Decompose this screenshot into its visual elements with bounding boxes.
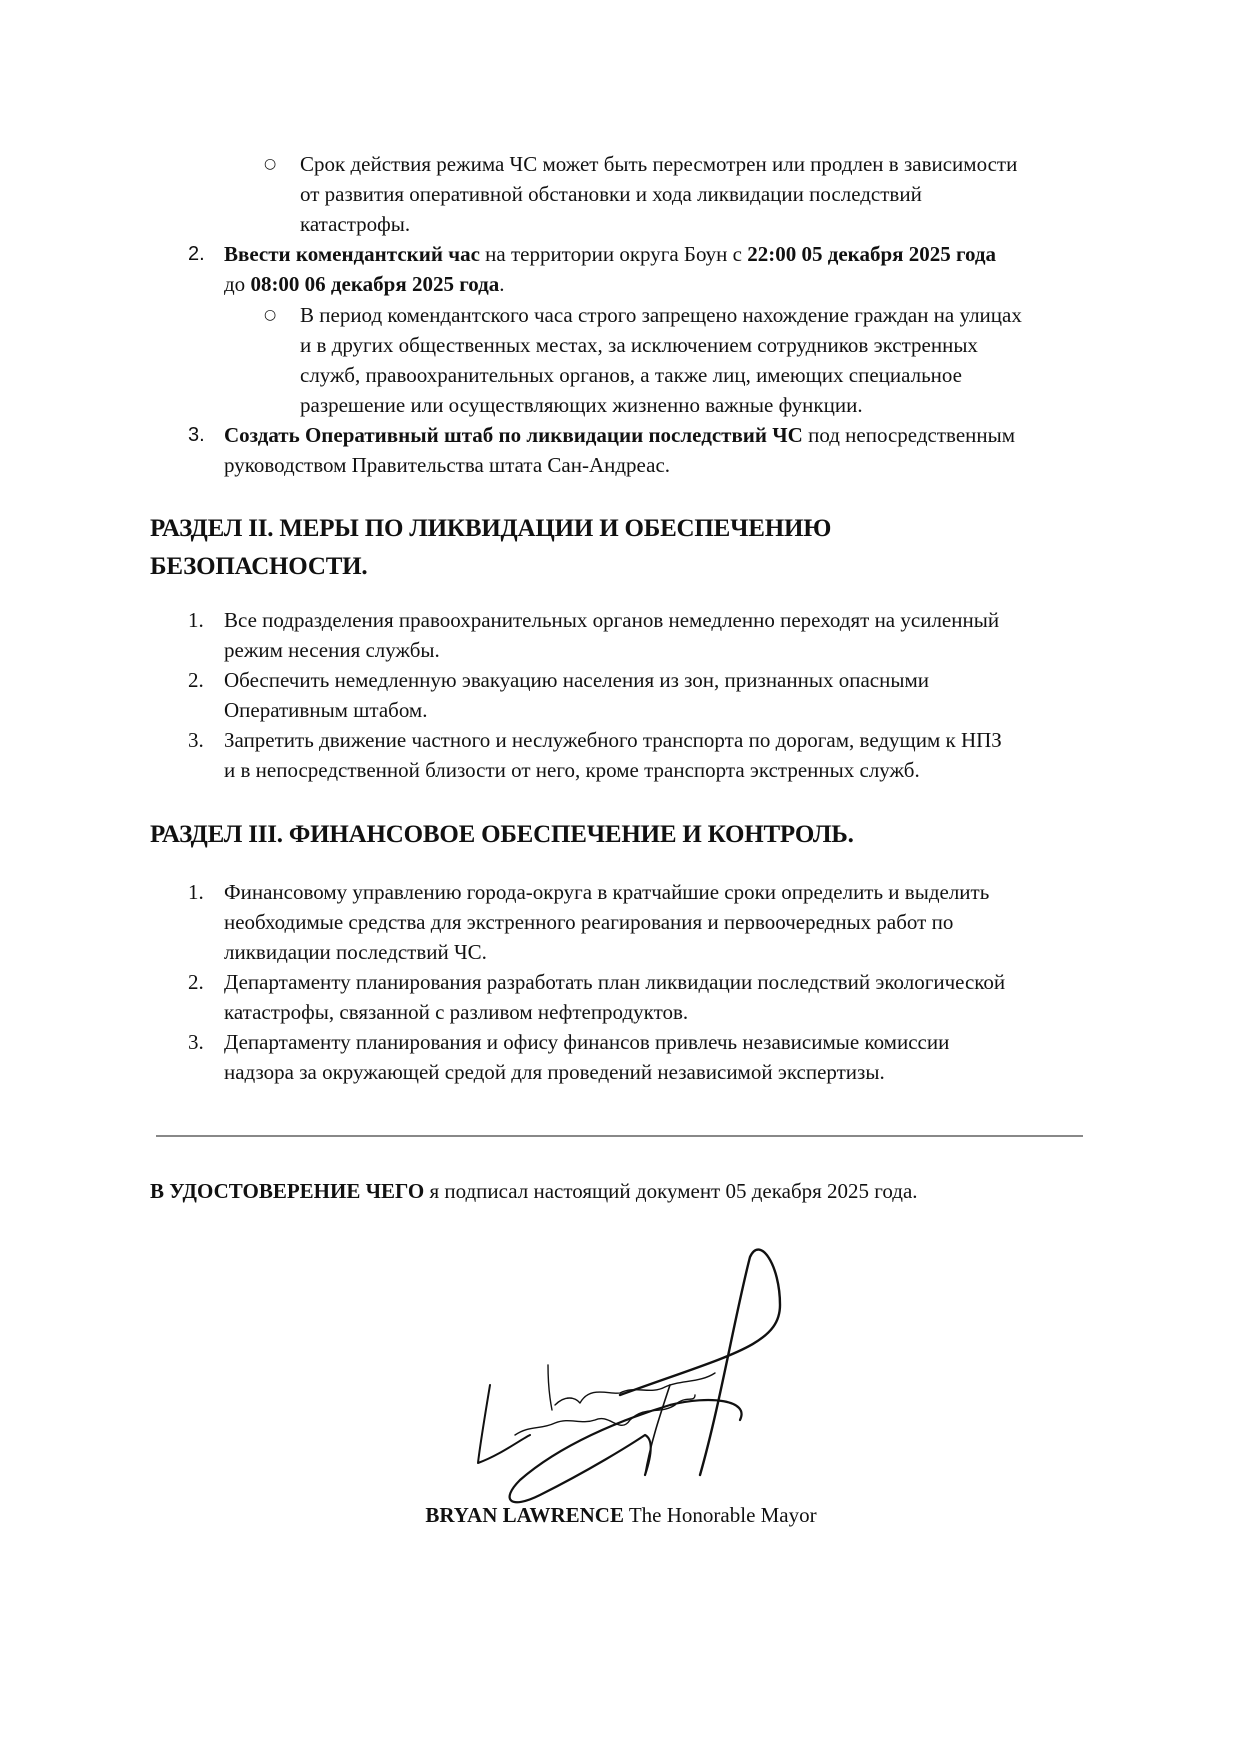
- text: до: [224, 272, 250, 296]
- bullet-text: и в других общественных местах, за исклю…: [300, 330, 978, 360]
- text: на территории округа Боун с: [480, 242, 747, 266]
- section-heading: РАЗДЕЛ II. МЕРЫ ПО ЛИКВИДАЦИИ И ОБЕСПЕЧЕ…: [150, 510, 831, 548]
- bullet-icon: ○: [264, 300, 276, 330]
- list-item-text: Запретить движение частного и неслужебно…: [224, 725, 1002, 755]
- text: под непосредственным: [803, 423, 1015, 447]
- list-number: 2.: [188, 239, 205, 269]
- list-item-text: Департаменту планирования разработать пл…: [224, 967, 1005, 997]
- list-number: 3.: [188, 1027, 204, 1057]
- list-item-text: Создать Оперативный штаб по ликвидации п…: [224, 420, 1015, 450]
- signatory-name: BRYAN LAWRENCE The Honorable Mayor: [0, 1500, 1242, 1530]
- headquarters-emphasis: Создать Оперативный штаб по ликвидации п…: [224, 423, 803, 447]
- curfew-emphasis: Ввести комендантский час: [224, 242, 480, 266]
- section-heading: РАЗДЕЛ III. ФИНАНСОВОЕ ОБЕСПЕЧЕНИЕ И КОН…: [150, 816, 854, 854]
- list-item-text: до 08:00 06 декабря 2025 года.: [224, 269, 504, 299]
- list-item-text: Ввести комендантский час на территории о…: [224, 239, 996, 269]
- list-item-text: Все подразделения правоохранительных орг…: [224, 605, 999, 635]
- list-item-text: ликвидации последствий ЧС.: [224, 937, 487, 967]
- bullet-text: катастрофы.: [300, 209, 410, 239]
- list-item-text: Оперативным штабом.: [224, 695, 427, 725]
- list-number: 1.: [188, 877, 204, 907]
- list-number: 2.: [188, 665, 204, 695]
- text: .: [499, 272, 504, 296]
- curfew-start: 22:00 05 декабря 2025 года: [747, 242, 996, 266]
- signatory-title: The Honorable Mayor: [624, 1503, 817, 1527]
- attestation-emphasis: В УДОСТОВЕРЕНИЕ ЧЕГО: [150, 1179, 424, 1203]
- list-item-text: необходимые средства для экстренного реа…: [224, 907, 953, 937]
- bullet-text: Срок действия режима ЧС может быть перес…: [300, 149, 1017, 179]
- list-item-text: Обеспечить немедленную эвакуацию населен…: [224, 665, 929, 695]
- list-item-text: режим несения службы.: [224, 635, 440, 665]
- list-item-text: надзора за окружающей средой для проведе…: [224, 1057, 885, 1087]
- list-number: 2.: [188, 967, 204, 997]
- horizontal-divider: [156, 1135, 1083, 1137]
- attestation-text: В УДОСТОВЕРЕНИЕ ЧЕГО я подписал настоящи…: [150, 1176, 918, 1206]
- list-item-text: и в непосредственной близости от него, к…: [224, 755, 920, 785]
- list-number: 3.: [188, 725, 204, 755]
- bullet-text: В период комендантского часа строго запр…: [300, 300, 1022, 330]
- signatory-name-bold: BRYAN LAWRENCE: [425, 1503, 624, 1527]
- list-number: 1.: [188, 605, 204, 635]
- curfew-end: 08:00 06 декабря 2025 года: [250, 272, 499, 296]
- text: я подписал настоящий документ 05 декабря…: [424, 1179, 917, 1203]
- document-page: ○ Срок действия режима ЧС может быть пер…: [0, 0, 1242, 1755]
- list-item-text: Департаменту планирования и офису финанс…: [224, 1027, 949, 1057]
- section-heading: БЕЗОПАСНОСТИ.: [150, 548, 367, 586]
- list-number: 3.: [188, 420, 205, 450]
- bullet-icon: ○: [264, 149, 276, 179]
- list-item-text: катастрофы, связанной с разливом нефтепр…: [224, 997, 688, 1027]
- bullet-text: разрешение или осуществляющих жизненно в…: [300, 390, 863, 420]
- bullet-text: служб, правоохранительных органов, а так…: [300, 360, 962, 390]
- list-item-text: Финансовому управлению города-округа в к…: [224, 877, 989, 907]
- bullet-text: от развития оперативной обстановки и ход…: [300, 179, 922, 209]
- signature-icon: [470, 1235, 790, 1515]
- list-item-text: руководством Правительства штата Сан-Анд…: [224, 450, 670, 480]
